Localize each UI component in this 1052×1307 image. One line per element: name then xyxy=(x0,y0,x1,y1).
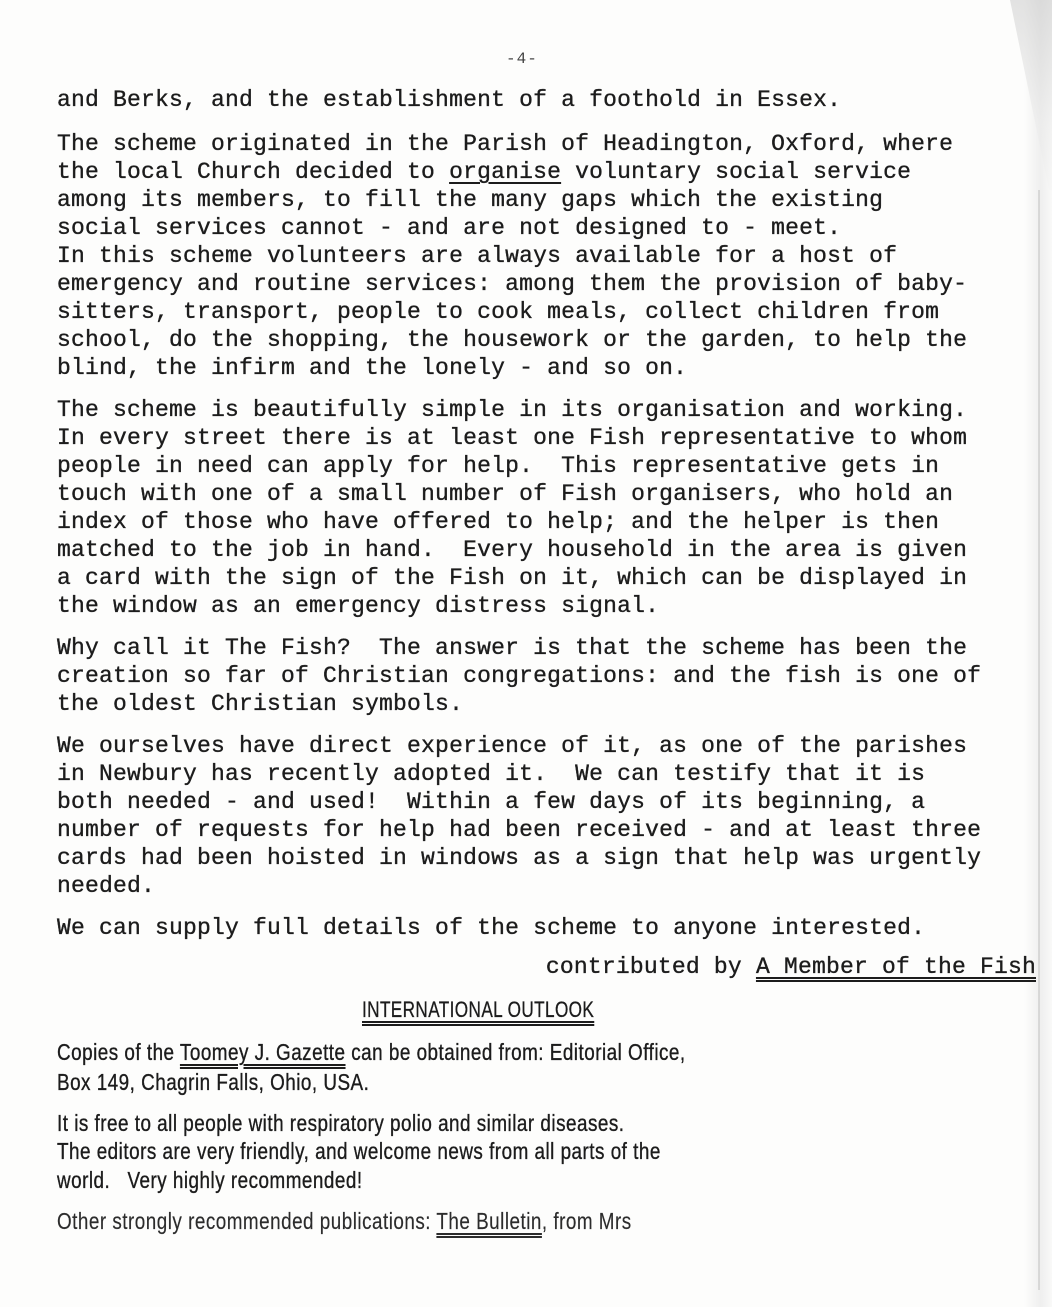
paragraph-line: in Newbury has recently adopted it. We c… xyxy=(57,760,925,788)
paragraph-line: needed. xyxy=(57,872,155,900)
paragraph-line: index of those who have offered to help;… xyxy=(57,508,939,536)
paragraph-line: It is free to all people with respirator… xyxy=(57,1109,625,1137)
paragraph-line: The editors are very friendly, and welco… xyxy=(57,1137,661,1165)
section-heading-text: INTERNATIONAL OUTLOOK xyxy=(362,997,594,1022)
text-span: voluntary social service xyxy=(561,159,911,185)
page-right-edge xyxy=(1038,190,1040,1290)
attribution-line: contributed by A Member of the Fish xyxy=(546,953,1036,981)
paragraph-line: both needed - and used! Within a few day… xyxy=(57,788,925,816)
paragraph-line: matched to the job in hand. Every househ… xyxy=(57,536,967,564)
paragraph-line: sitters, transport, people to cook meals… xyxy=(57,298,939,326)
paragraph-line: a card with the sign of the Fish on it, … xyxy=(57,564,967,592)
paragraph-line: touch with one of a small number of Fish… xyxy=(57,480,953,508)
paragraph-line: We can supply full details of the scheme… xyxy=(57,914,925,942)
paragraph-line: The scheme is beautifully simple in its … xyxy=(57,396,967,424)
paragraph-line: social services cannot - and are not des… xyxy=(57,214,841,242)
text-span: Copies of the xyxy=(57,1039,180,1065)
paragraph-line: cards had been hoisted in windows as a s… xyxy=(57,844,981,872)
paragraph-line: emergency and routine services: among th… xyxy=(57,270,967,298)
publication-title-gazette: Toomey J. Gazette xyxy=(180,1039,346,1065)
paragraph-line: Copies of the Toomey J. Gazette can be o… xyxy=(57,1038,686,1066)
paragraph-line: In this scheme volunteers are always ava… xyxy=(57,242,897,270)
paragraph-line: The scheme originated in the Parish of H… xyxy=(57,130,953,158)
publication-title-bulletin: The Bulletin xyxy=(436,1208,542,1234)
paragraph-line: among its members, to fill the many gaps… xyxy=(57,186,883,214)
underlined-word-organise: organise xyxy=(449,159,561,185)
attribution-prefix: contributed by xyxy=(546,954,756,980)
paragraph-line: the local Church decided to organise vol… xyxy=(57,158,911,186)
paragraph-line: number of requests for help had been rec… xyxy=(57,816,981,844)
paragraph-line: blind, the infirm and the lonely - and s… xyxy=(57,354,687,382)
paragraph-line: Why call it The Fish? The answer is that… xyxy=(57,634,967,662)
paragraph-line: Other strongly recommended publications:… xyxy=(57,1207,632,1235)
paragraph-line: people in need can apply for help. This … xyxy=(57,452,939,480)
paragraph-line: We ourselves have direct experience of i… xyxy=(57,732,967,760)
paragraph-line: In every street there is at least one Fi… xyxy=(57,424,967,452)
attribution-author: A Member of the Fish xyxy=(756,954,1036,980)
paragraph-line: school, do the shopping, the housework o… xyxy=(57,326,967,354)
paragraph-line: creation so far of Christian congregatio… xyxy=(57,662,981,690)
text-span: can be obtained from: Editorial Office, xyxy=(346,1039,686,1065)
paragraph-line: and Berks, and the establishment of a fo… xyxy=(57,86,841,114)
text-span: the local Church decided to xyxy=(57,159,449,185)
text-span: Other strongly recommended publications: xyxy=(57,1208,436,1234)
text-span: , from Mrs xyxy=(542,1208,632,1234)
paragraph-line: the window as an emergency distress sign… xyxy=(57,592,659,620)
paragraph-line: the oldest Christian symbols. xyxy=(57,690,463,718)
page-number: -4- xyxy=(506,50,538,68)
section-heading: INTERNATIONAL OUTLOOK xyxy=(362,996,594,1024)
paragraph-line: world. Very highly recommended! xyxy=(57,1166,363,1194)
paragraph-line: Box 149, Chagrin Falls, Ohio, USA. xyxy=(57,1068,369,1096)
